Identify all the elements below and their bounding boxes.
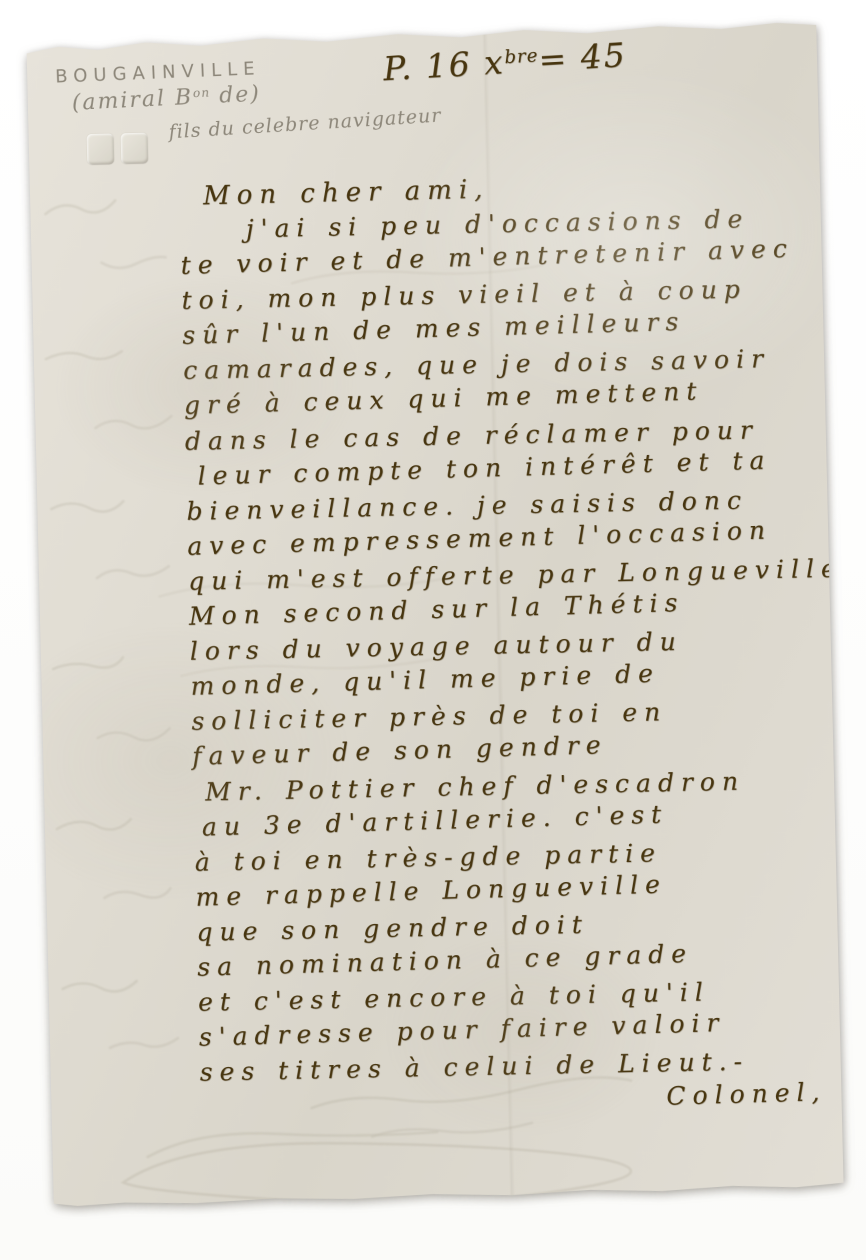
- archivist-annotation-title: (amiral Bon de): [71, 81, 261, 115]
- dateline-month: x: [483, 42, 506, 82]
- dateline-place: P.: [382, 48, 414, 89]
- blind-stamp-icon: [87, 133, 115, 165]
- letter-body: Mon cher ami, j'ai si peu d'occasions de…: [175, 166, 856, 1128]
- photograph-background: BOUGAINVILLE (amiral Bon de) fils du cel…: [0, 0, 866, 1260]
- dateline-separator: =: [537, 39, 569, 80]
- letter-sheet: BOUGAINVILLE (amiral Bon de) fils du cel…: [26, 21, 843, 1207]
- letter-line: Colonel,: [666, 1077, 856, 1117]
- annotation-title-prefix: (amiral B: [71, 85, 194, 116]
- dateline-day: 16: [425, 44, 473, 86]
- blind-stamp-icon: [121, 133, 149, 165]
- annotation-title-superscript: on: [193, 85, 211, 100]
- archivist-annotation-filiation: fils du celebre navigateur: [168, 104, 442, 143]
- dateline: P. 16 xbre= 45: [382, 35, 628, 88]
- letter-sheet-wrapper: BOUGAINVILLE (amiral Bon de) fils du cel…: [26, 21, 843, 1207]
- dateline-month-superscript: bre: [504, 45, 539, 68]
- dateline-year: 45: [580, 35, 628, 77]
- annotation-title-suffix: de): [210, 81, 262, 108]
